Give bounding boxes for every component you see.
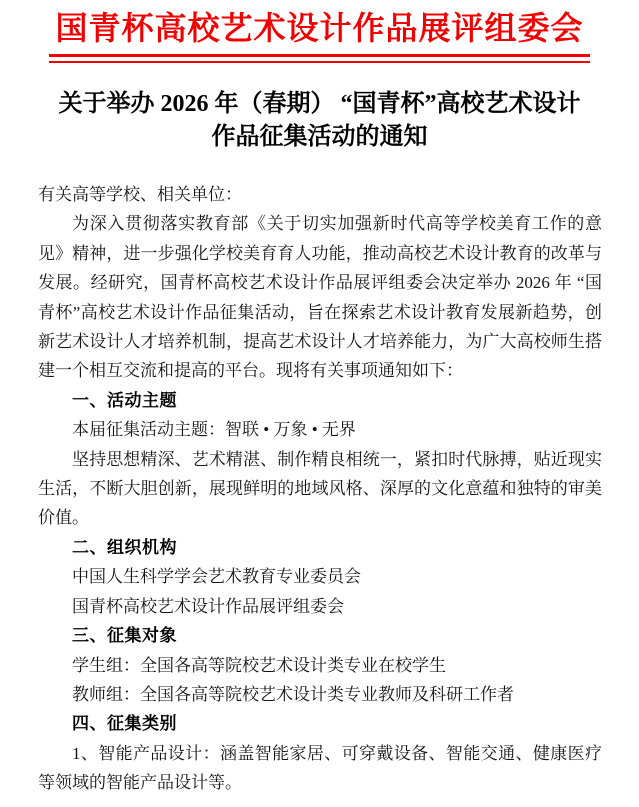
text-line: 为深入贯彻落实教育部《关于切实加强新时代高等学校美育工作的意 bbox=[38, 209, 602, 238]
text-line: 建一个相互交流和提高的平台。现将有关事项通知如下： bbox=[38, 356, 602, 385]
text-line: 生活，不断大胆创新，展现鲜明的地域风格、深厚的文化意蕴和独特的审美 bbox=[38, 474, 602, 503]
text-line: 新艺术设计人才培养机制，提高艺术设计人才培养能力，为广大高校师生搭 bbox=[38, 327, 602, 356]
text-line: 教师组：全国各高等院校艺术设计类专业教师及科研工作者 bbox=[38, 680, 602, 709]
text-line: 国青杯高校艺术设计作品展评组委会 bbox=[38, 592, 602, 621]
document-body: 有关高等学校、相关单位：为深入贯彻落实教育部《关于切实加强新时代高等学校美育工作… bbox=[0, 180, 639, 798]
document-title: 关于举办 2026 年（春期） “国青杯”高校艺术设计 作品征集活动的通知 bbox=[0, 88, 639, 154]
letterhead-org-name: 国青杯高校艺术设计作品展评组委会 bbox=[0, 7, 639, 49]
title-line-1: 关于举办 2026 年（春期） “国青杯”高校艺术设计 bbox=[0, 88, 639, 121]
letterhead: 国青杯高校艺术设计作品展评组委会 bbox=[0, 0, 639, 63]
text-line: 学生组：全国各高等院校艺术设计类专业在校学生 bbox=[38, 651, 602, 680]
text-line: 中国人生科学学会艺术教育专业委员会 bbox=[38, 562, 602, 591]
letterhead-divider bbox=[49, 54, 590, 63]
notice-page: 国青杯高校艺术设计作品展评组委会 关于举办 2026 年（春期） “国青杯”高校… bbox=[0, 0, 639, 807]
section-heading: 二、组织机构 bbox=[38, 533, 602, 562]
title-line-2: 作品征集活动的通知 bbox=[0, 121, 639, 154]
text-line: 见》精神，进一步强化学校美育育人功能，推动高校艺术设计教育的改革与 bbox=[38, 239, 602, 268]
text-line: 发展。经研究，国青杯高校艺术设计作品展评组委会决定举办 2026 年 “国 bbox=[38, 268, 602, 297]
text-line: 有关高等学校、相关单位： bbox=[38, 180, 602, 209]
text-line: 坚持思想精深、艺术精湛、制作精良相统一，紧扣时代脉搏，贴近现实 bbox=[38, 445, 602, 474]
text-line: 本届征集活动主题：智联 • 万象 • 无界 bbox=[38, 415, 602, 444]
text-line: 价值。 bbox=[38, 503, 602, 532]
text-line: 等领域的智能产品设计等。 bbox=[38, 768, 602, 797]
section-heading: 四、征集类别 bbox=[38, 709, 602, 738]
section-heading: 三、征集对象 bbox=[38, 621, 602, 650]
text-line: 1、智能产品设计：涵盖智能家居、可穿戴设备、智能交通、健康医疗 bbox=[38, 739, 602, 768]
text-line: 青杯”高校艺术设计作品征集活动，旨在探索艺术设计教育发展新趋势，创 bbox=[38, 298, 602, 327]
section-heading: 一、活动主题 bbox=[38, 386, 602, 415]
